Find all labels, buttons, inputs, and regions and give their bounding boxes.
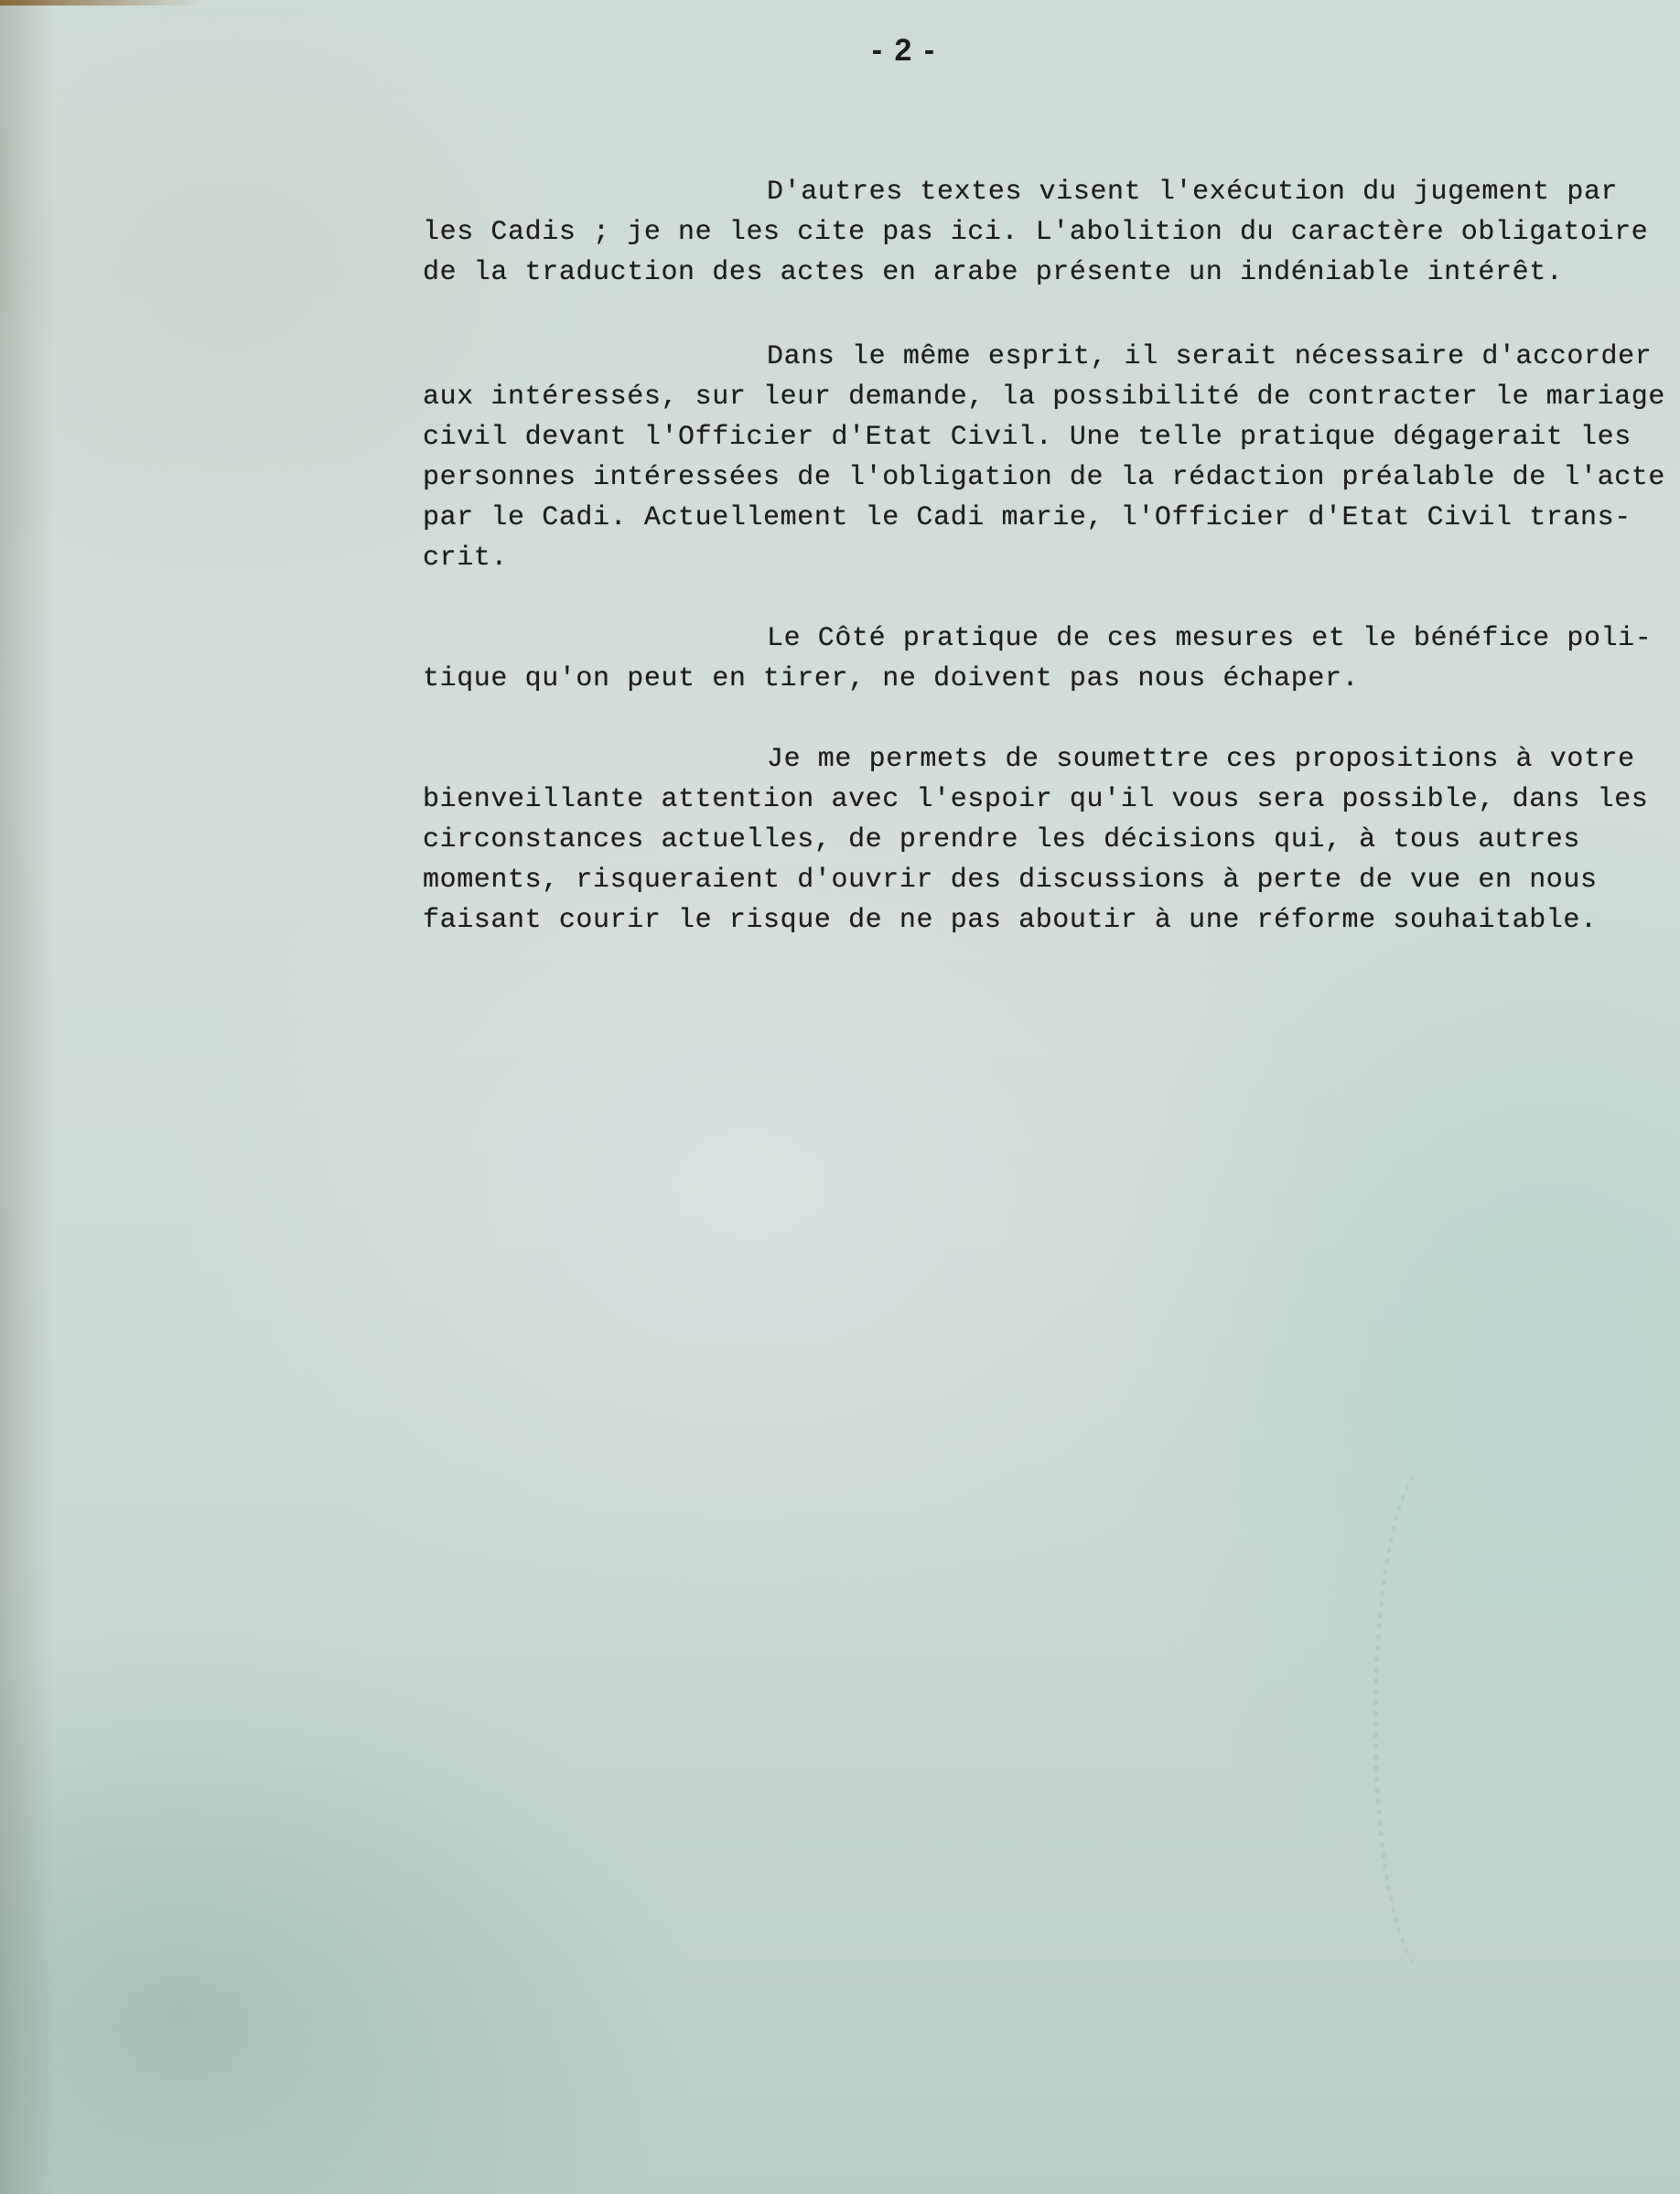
- text-line: bienveillante attention avec l'espoir qu…: [423, 780, 1658, 820]
- text-line: D'autres textes visent l'exécution du ju…: [423, 172, 1658, 212]
- paragraph-mariage-civil: Dans le même esprit, il serait nécessair…: [423, 337, 1658, 578]
- text-line: moments, risqueraient d'ouvrir des discu…: [423, 860, 1658, 900]
- page-shadow: [0, 0, 55, 2194]
- document-body: D'autres textes visent l'exécution du ju…: [423, 172, 1658, 984]
- paragraph-propositions: Je me permets de soumettre ces propositi…: [423, 739, 1658, 941]
- text-line: Je me permets de soumettre ces propositi…: [423, 739, 1658, 780]
- text-line: circonstances actuelles, de prendre les …: [423, 820, 1658, 860]
- text-line: les Cadis ; je ne les cite pas ici. L'ab…: [423, 212, 1658, 253]
- text-line: aux intéressés, sur leur demande, la pos…: [423, 377, 1658, 417]
- text-line: crit.: [423, 538, 1658, 578]
- page-edge: [0, 0, 201, 5]
- text-line: faisant courir le risque de ne pas about…: [423, 900, 1658, 941]
- text-line: de la traduction des actes en arabe prés…: [423, 253, 1658, 293]
- paragraph-execution-jugement: D'autres textes visent l'exécution du ju…: [423, 172, 1658, 293]
- paragraph-cote-pratique: Le Côté pratique de ces mesures et le bé…: [423, 618, 1658, 699]
- text-line: personnes intéressées de l'obligation de…: [423, 457, 1658, 498]
- page-number: - 2 -: [0, 33, 1680, 69]
- text-line: Dans le même esprit, il serait nécessair…: [423, 337, 1658, 377]
- text-line: tique qu'on peut en tirer, ne doivent pa…: [423, 659, 1658, 699]
- text-line: par le Cadi. Actuellement le Cadi marie,…: [423, 498, 1658, 538]
- paper-watermark: [1373, 1464, 1488, 1976]
- text-line: Le Côté pratique de ces mesures et le bé…: [423, 618, 1658, 659]
- text-line: civil devant l'Officier d'Etat Civil. Un…: [423, 417, 1658, 457]
